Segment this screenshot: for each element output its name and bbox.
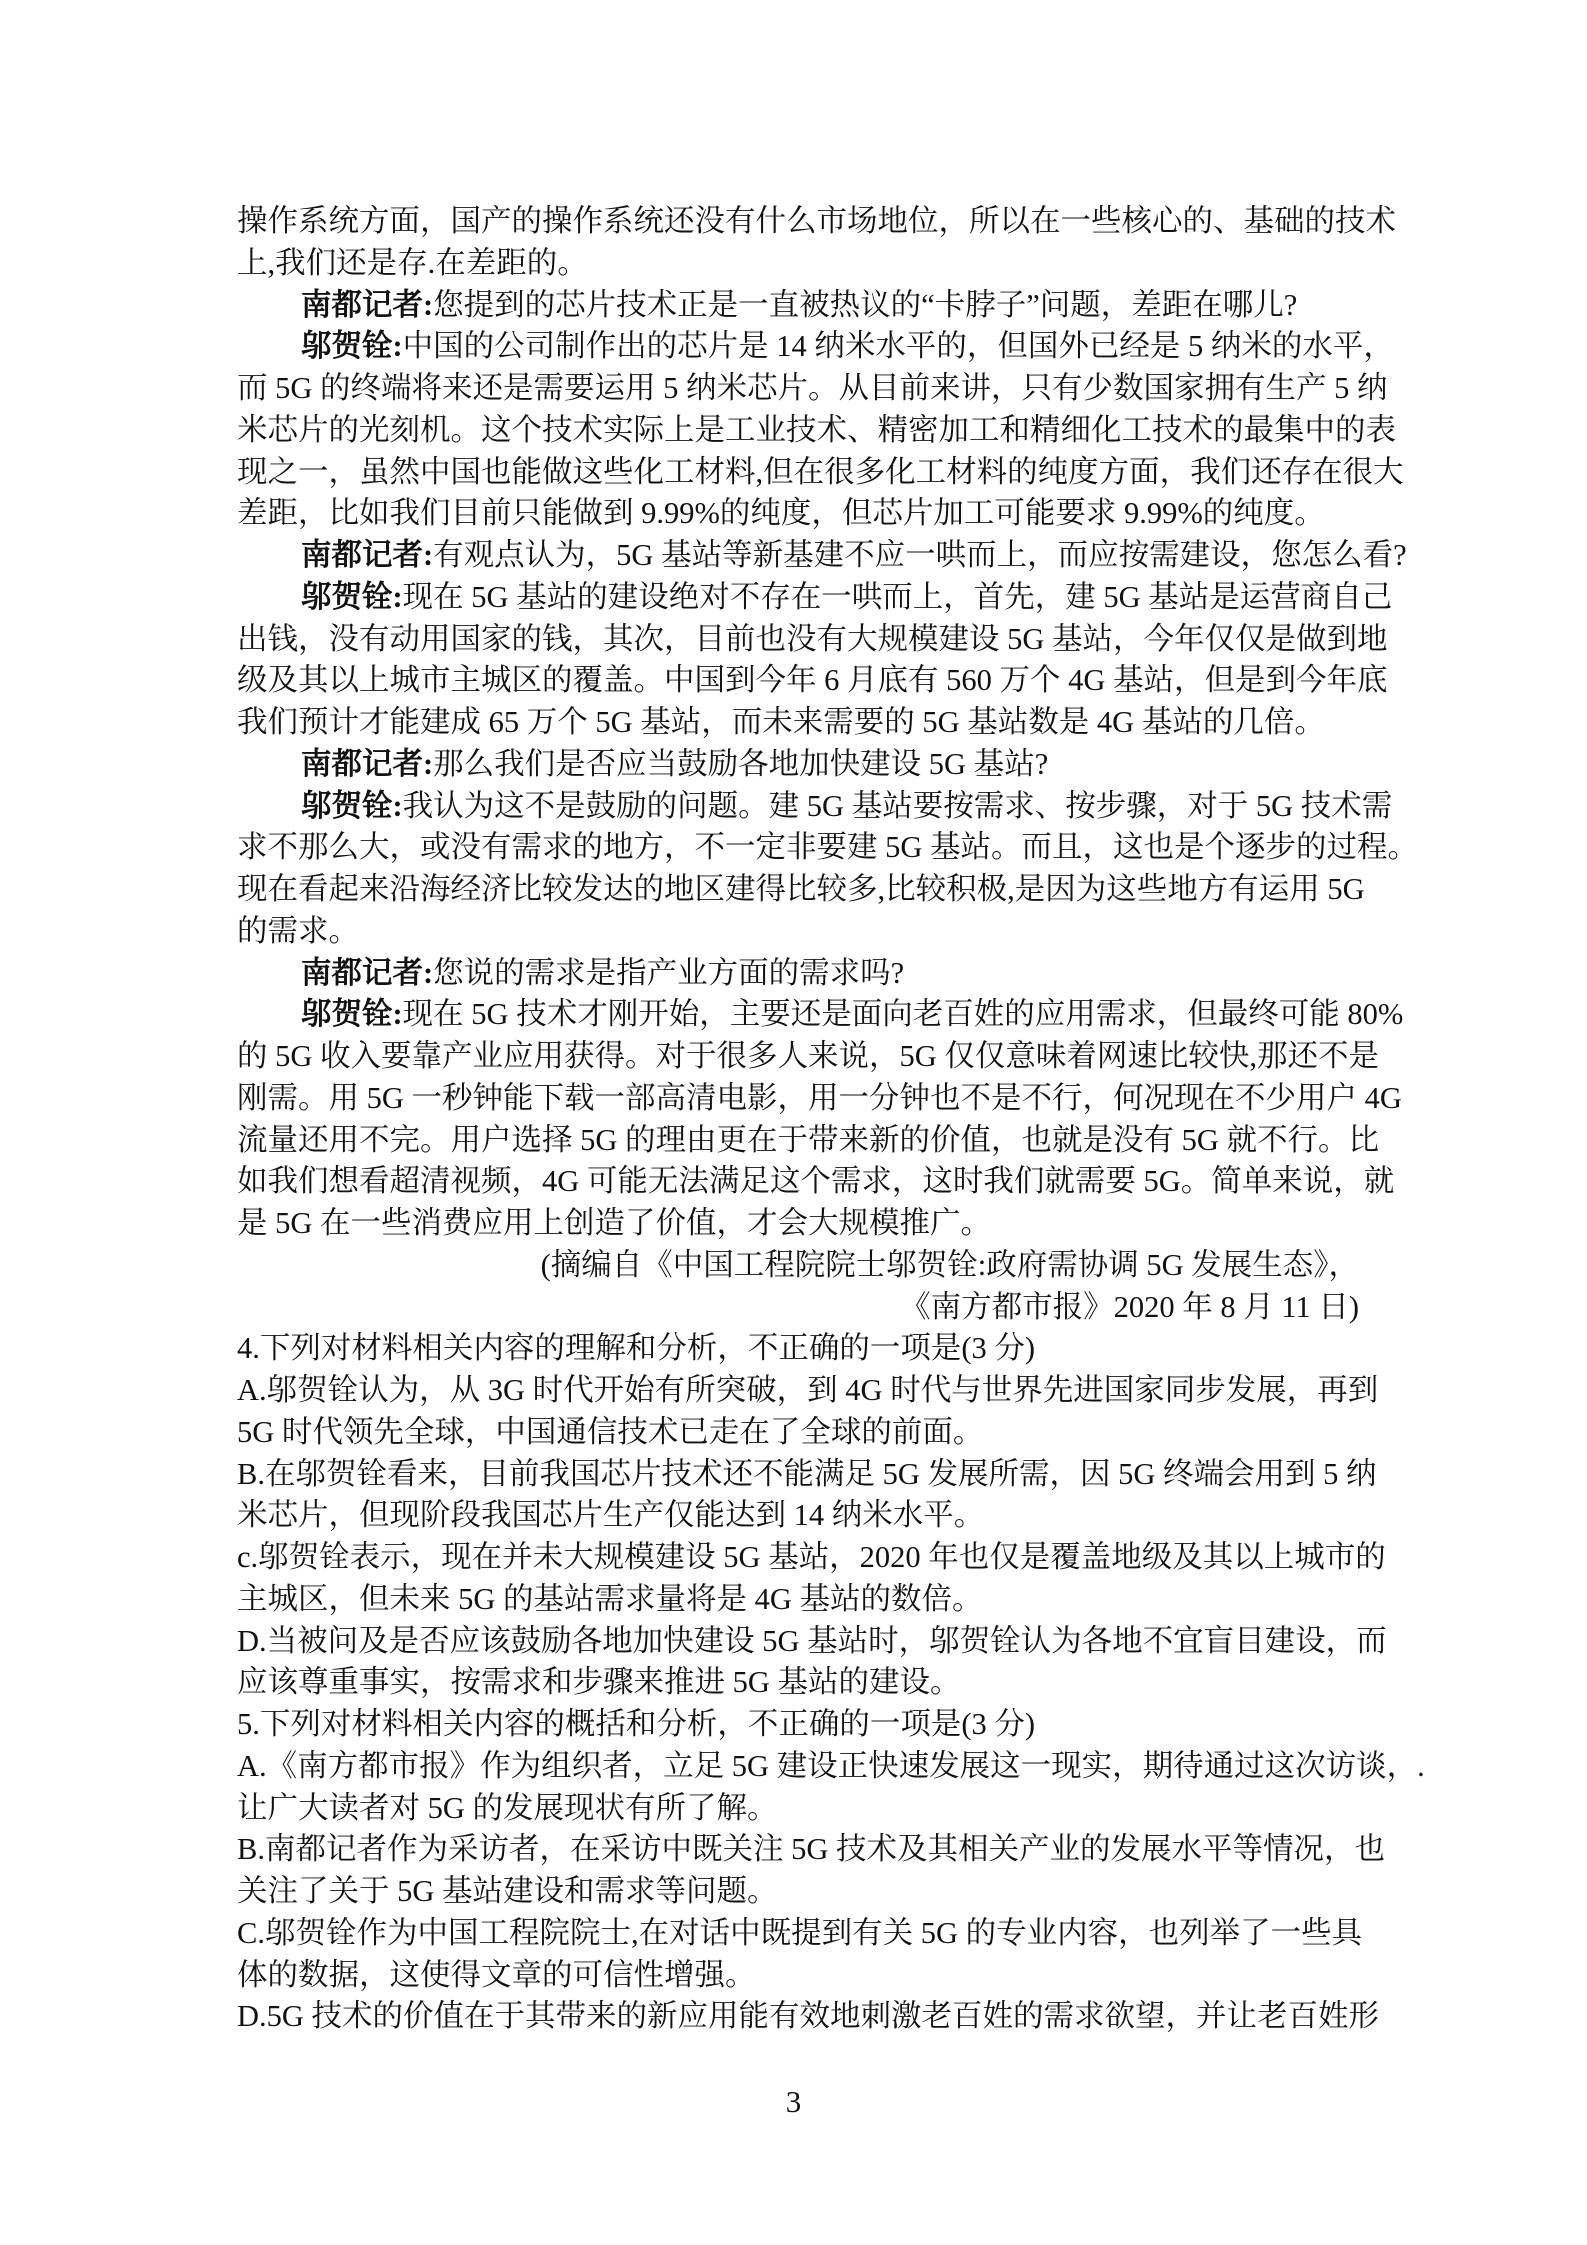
text-line: 5G 时代领先全球，中国通信技术已走在了全球的前面。: [237, 1412, 1403, 1454]
text-line: 南都记者:您提到的芯片技术正是一直被热议的“卡脖子”问题，差距在哪儿?: [237, 285, 1403, 327]
text-line: 关注了关于 5G 基站建设和需求等问题。: [237, 1871, 1403, 1913]
text-line: 刚需。用 5G 一秒钟能下载一部高清电影，用一分钟也不是不行，何况现在不少用户 …: [237, 1078, 1403, 1120]
speaker-label: 邬贺铨:: [301, 329, 403, 363]
text-line: A.邬贺铨认为，从 3G 时代开始有所突破，到 4G 时代与世界先进国家同步发展…: [237, 1370, 1403, 1412]
speaker-label: 南都记者:: [301, 956, 433, 990]
text-line: 米芯片，但现阶段我国芯片生产仅能达到 14 纳米水平。: [237, 1495, 1403, 1537]
text-line: D.当被问及是否应该鼓励各地加快建设 5G 基站时，邬贺铨认为各地不宜盲目建设，…: [237, 1621, 1403, 1663]
speaker-label: 邬贺铨:: [301, 997, 403, 1031]
text-line: 让广大读者对 5G 的发展现状有所了解。: [237, 1788, 1403, 1830]
text-line: 邬贺铨:我认为这不是鼓励的问题。建 5G 基站要按需求、按步骤，对于 5G 技术…: [237, 786, 1403, 828]
text-line: C.邬贺铨作为中国工程院院士,在对话中既提到有关 5G 的专业内容，也列举了一些…: [237, 1913, 1403, 1955]
document-page: 操作系统方面，国产的操作系统还没有什么市场地位，所以在一些核心的、基础的技术上,…: [0, 0, 1587, 2245]
text-line: 米芯片的光刻机。这个技术实际上是工业技术、精密加工和精细化工技术的最集中的表: [237, 410, 1403, 452]
speaker-label: 南都记者:: [301, 747, 433, 781]
text-line: 邬贺铨:现在 5G 基站的建设绝对不存在一哄而上，首先，建 5G 基站是运营商自…: [237, 577, 1403, 619]
text-line: 南都记者:那么我们是否应当鼓励各地加快建设 5G 基站?: [237, 744, 1403, 786]
text-line: 主城区，但未来 5G 的基站需求量将是 4G 基站的数倍。: [237, 1579, 1403, 1621]
text-line: 4.下列对材料相关内容的理解和分析，不正确的一项是(3 分): [237, 1328, 1403, 1370]
text-line: 级及其以上城市主城区的覆盖。中国到今年 6 月底有 560 万个 4G 基站，但…: [237, 660, 1403, 702]
text-line: B.在邬贺铨看来，目前我国芯片技术还不能满足 5G 发展所需，因 5G 终端会用…: [237, 1454, 1403, 1496]
text-line: B.南都记者作为采访者，在采访中既关注 5G 技术及其相关产业的发展水平等情况，…: [237, 1829, 1403, 1871]
text-line: 我们预计才能建成 65 万个 5G 基站，而未来需要的 5G 基站数是 4G 基…: [237, 702, 1403, 744]
text-line: 操作系统方面，国产的操作系统还没有什么市场地位，所以在一些核心的、基础的技术: [237, 201, 1403, 243]
text-line: 《南方都市报》2020 年 8 月 11 日): [237, 1287, 1403, 1329]
text-line: 上,我们还是存.在差距的。: [237, 243, 1403, 285]
page-number: 3: [0, 2082, 1587, 2122]
speaker-label: 邬贺铨:: [301, 789, 403, 823]
text-line: 如我们想看超清视频，4G 可能无法满足这个需求，这时我们就需要 5G。简单来说，…: [237, 1161, 1403, 1203]
text-line: 求不那么大，或没有需求的地方，不一定非要建 5G 基站。而且，这也是个逐步的过程…: [237, 827, 1403, 869]
speaker-label: 邬贺铨:: [301, 580, 403, 614]
text-block: 操作系统方面，国产的操作系统还没有什么市场地位，所以在一些核心的、基础的技术上,…: [237, 201, 1403, 2038]
text-line: c.邬贺铨表示，现在并未大规模建设 5G 基站，2020 年也仅是覆盖地级及其以…: [237, 1537, 1403, 1579]
speaker-label: 南都记者:: [301, 538, 433, 572]
text-line: 现在看起来沿海经济比较发达的地区建得比较多,比较积极,是因为这些地方有运用 5G: [237, 869, 1403, 911]
text-line: 而 5G 的终端将来还是需要运用 5 纳米芯片。从目前来讲，只有少数国家拥有生产…: [237, 368, 1403, 410]
text-line: 现之一，虽然中国也能做这些化工材料,但在很多化工材料的纯度方面，我们还存在很大: [237, 452, 1403, 494]
text-line: 邬贺铨:现在 5G 技术才刚开始，主要还是面向老百姓的应用需求，但最终可能 80…: [237, 994, 1403, 1036]
text-line: 体的数据，这使得文章的可信性增强。: [237, 1955, 1403, 1997]
speaker-label: 南都记者:: [301, 288, 433, 322]
text-line: (摘编自《中国工程院院士邬贺铨:政府需协调 5G 发展生态》，: [237, 1245, 1403, 1287]
text-line: 南都记者:您说的需求是指产业方面的需求吗?: [237, 953, 1403, 995]
text-line: 的 5G 收入要靠产业应用获得。对于很多人来说，5G 仅仅意味着网速比较快,那还…: [237, 1036, 1403, 1078]
text-line: 5.下列对材料相关内容的概括和分析，不正确的一项是(3 分): [237, 1704, 1403, 1746]
text-line: 的需求。: [237, 911, 1403, 953]
text-line: 南都记者:有观点认为，5G 基站等新基建不应一哄而上，而应按需建设，您怎么看?: [237, 535, 1403, 577]
text-line: 邬贺铨:中国的公司制作出的芯片是 14 纳米水平的，但国外已经是 5 纳米的水平…: [237, 326, 1403, 368]
text-line: 流量还用不完。用户选择 5G 的理由更在于带来新的价值，也就是没有 5G 就不行…: [237, 1120, 1403, 1162]
text-line: 出钱，没有动用国家的钱，其次，目前也没有大规模建设 5G 基站，今年仅仅是做到地: [237, 619, 1403, 661]
text-line: A.《南方都市报》作为组织者，立足 5G 建设正快速发展这一现实，期待通过这次访…: [237, 1746, 1403, 1788]
text-line: 应该尊重事实，按需求和步骤来推进 5G 基站的建设。: [237, 1662, 1403, 1704]
text-line: D.5G 技术的价值在于其带来的新应用能有效地刺激老百姓的需求欲望，并让老百姓形: [237, 1996, 1403, 2038]
text-line: 是 5G 在一些消费应用上创造了价值，才会大规模推广。: [237, 1203, 1403, 1245]
text-line: 差距，比如我们目前只能做到 9.99%的纯度，但芯片加工可能要求 9.99%的纯…: [237, 493, 1403, 535]
